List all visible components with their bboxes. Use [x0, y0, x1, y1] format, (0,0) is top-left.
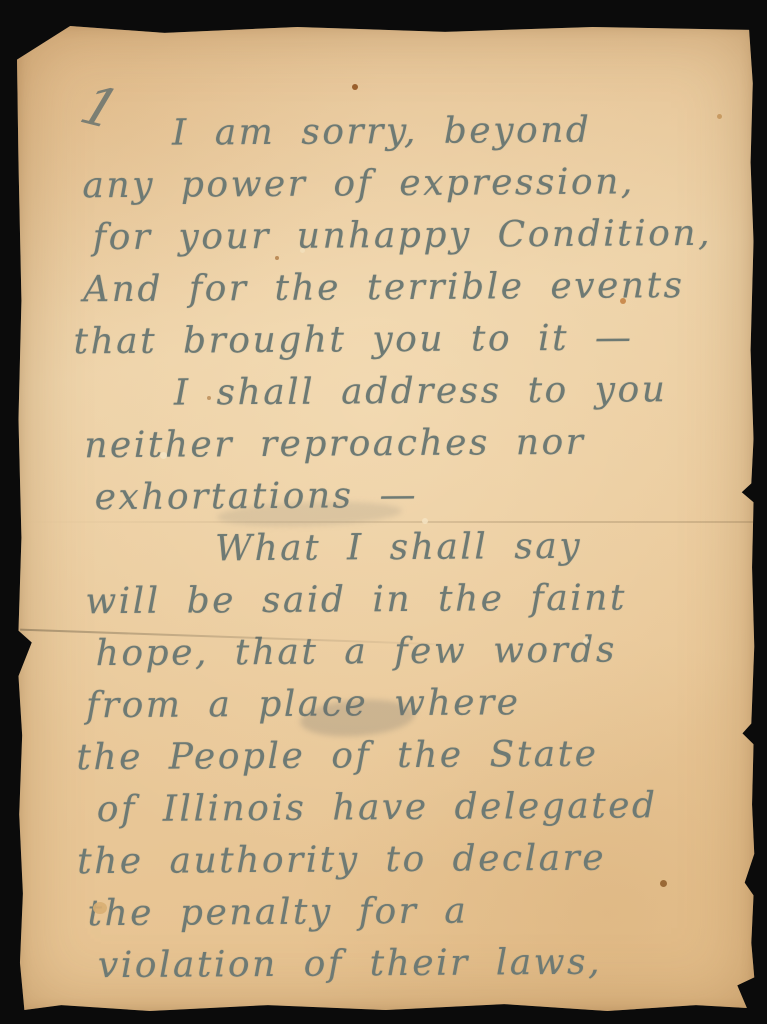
manuscript-line: I am sorry, beyond	[72, 104, 732, 161]
paragraph: What I shall saywill be said in the fain…	[75, 520, 738, 993]
manuscript-line: exhortations —	[74, 468, 734, 525]
manuscript-line: And for the terrible events	[73, 260, 733, 317]
manuscript-line: neither reproaches nor	[74, 416, 734, 473]
manuscript-line: from a place where	[76, 676, 736, 733]
manuscript-line: any power of expression,	[72, 156, 732, 213]
manuscript-line: the People of the State	[76, 728, 736, 785]
manuscript-line: What I shall say	[75, 520, 735, 577]
manuscript-line: of Illinois have delegated	[77, 780, 737, 837]
manuscript-line: hope, that a few words	[76, 624, 736, 681]
manuscript-line: the authority to declare	[77, 832, 737, 889]
manuscript-page: 1 I am sorry, beyondany power of express…	[17, 24, 755, 1012]
manuscript-line: for your unhappy Condition,	[73, 208, 733, 265]
paragraph: I shall address to youneither reproaches…	[74, 364, 735, 525]
manuscript-text: I am sorry, beyondany power of expressio…	[72, 104, 738, 993]
paragraph: I am sorry, beyondany power of expressio…	[72, 104, 734, 369]
manuscript-line: that brought you to it —	[73, 312, 733, 369]
manuscript-line: I shall address to you	[74, 364, 734, 421]
manuscript-line: the penalty for a	[77, 884, 737, 941]
paper-stain	[352, 84, 358, 90]
scan-background: 1 I am sorry, beyondany power of express…	[0, 0, 767, 1024]
manuscript-line: will be said in the faint	[75, 572, 735, 629]
manuscript-line: violation of their laws,	[78, 936, 738, 993]
